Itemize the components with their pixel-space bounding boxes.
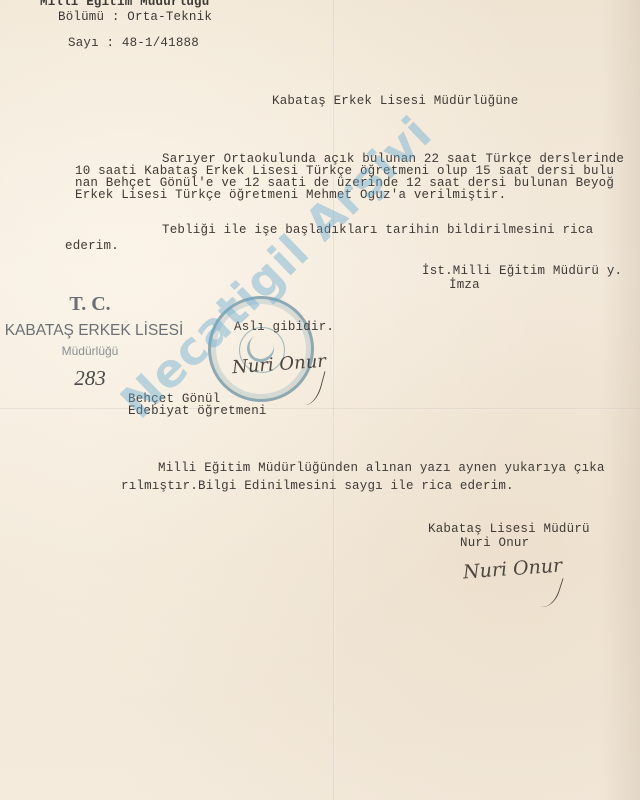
stamp-tc: T. C. (60, 293, 120, 316)
recipient-line: Kabataş Erkek Lisesi Müdürlüğüne (272, 95, 518, 108)
header-reference-number: Sayı : 48-1/41888 (68, 37, 199, 50)
paper-background (0, 0, 640, 800)
signature-title: İst.Milli Eğitim Müdürü y. (422, 265, 622, 278)
note-line: Milli Eğitim Müdürlüğünden alınan yazı a… (158, 462, 605, 475)
paper-edge-shadow (600, 0, 640, 800)
fold-line-horizontal (0, 408, 640, 410)
stamp-office: Müdürlüğü (40, 344, 140, 358)
note-line: rılmıştır.Bilgi Edinilmesini saygı ile r… (121, 480, 514, 493)
header-office: Milli Eğitim Müdürlüğü (40, 0, 209, 9)
signature-title: Kabataş Lisesi Müdürü (428, 523, 590, 536)
signature-name: Nuri Onur (460, 537, 529, 550)
body-line: ederim. (65, 240, 119, 253)
body-line: Erkek Lisesi Türkçe öğretmeni Mehmet Ogu… (75, 189, 506, 202)
body-line: Tebliği ile işe başladıkları tarihin bil… (162, 224, 593, 237)
fold-line-vertical (333, 0, 335, 800)
signature-label: İmza (449, 279, 480, 292)
header-department: Bölümü : Orta-Teknik (58, 11, 212, 24)
